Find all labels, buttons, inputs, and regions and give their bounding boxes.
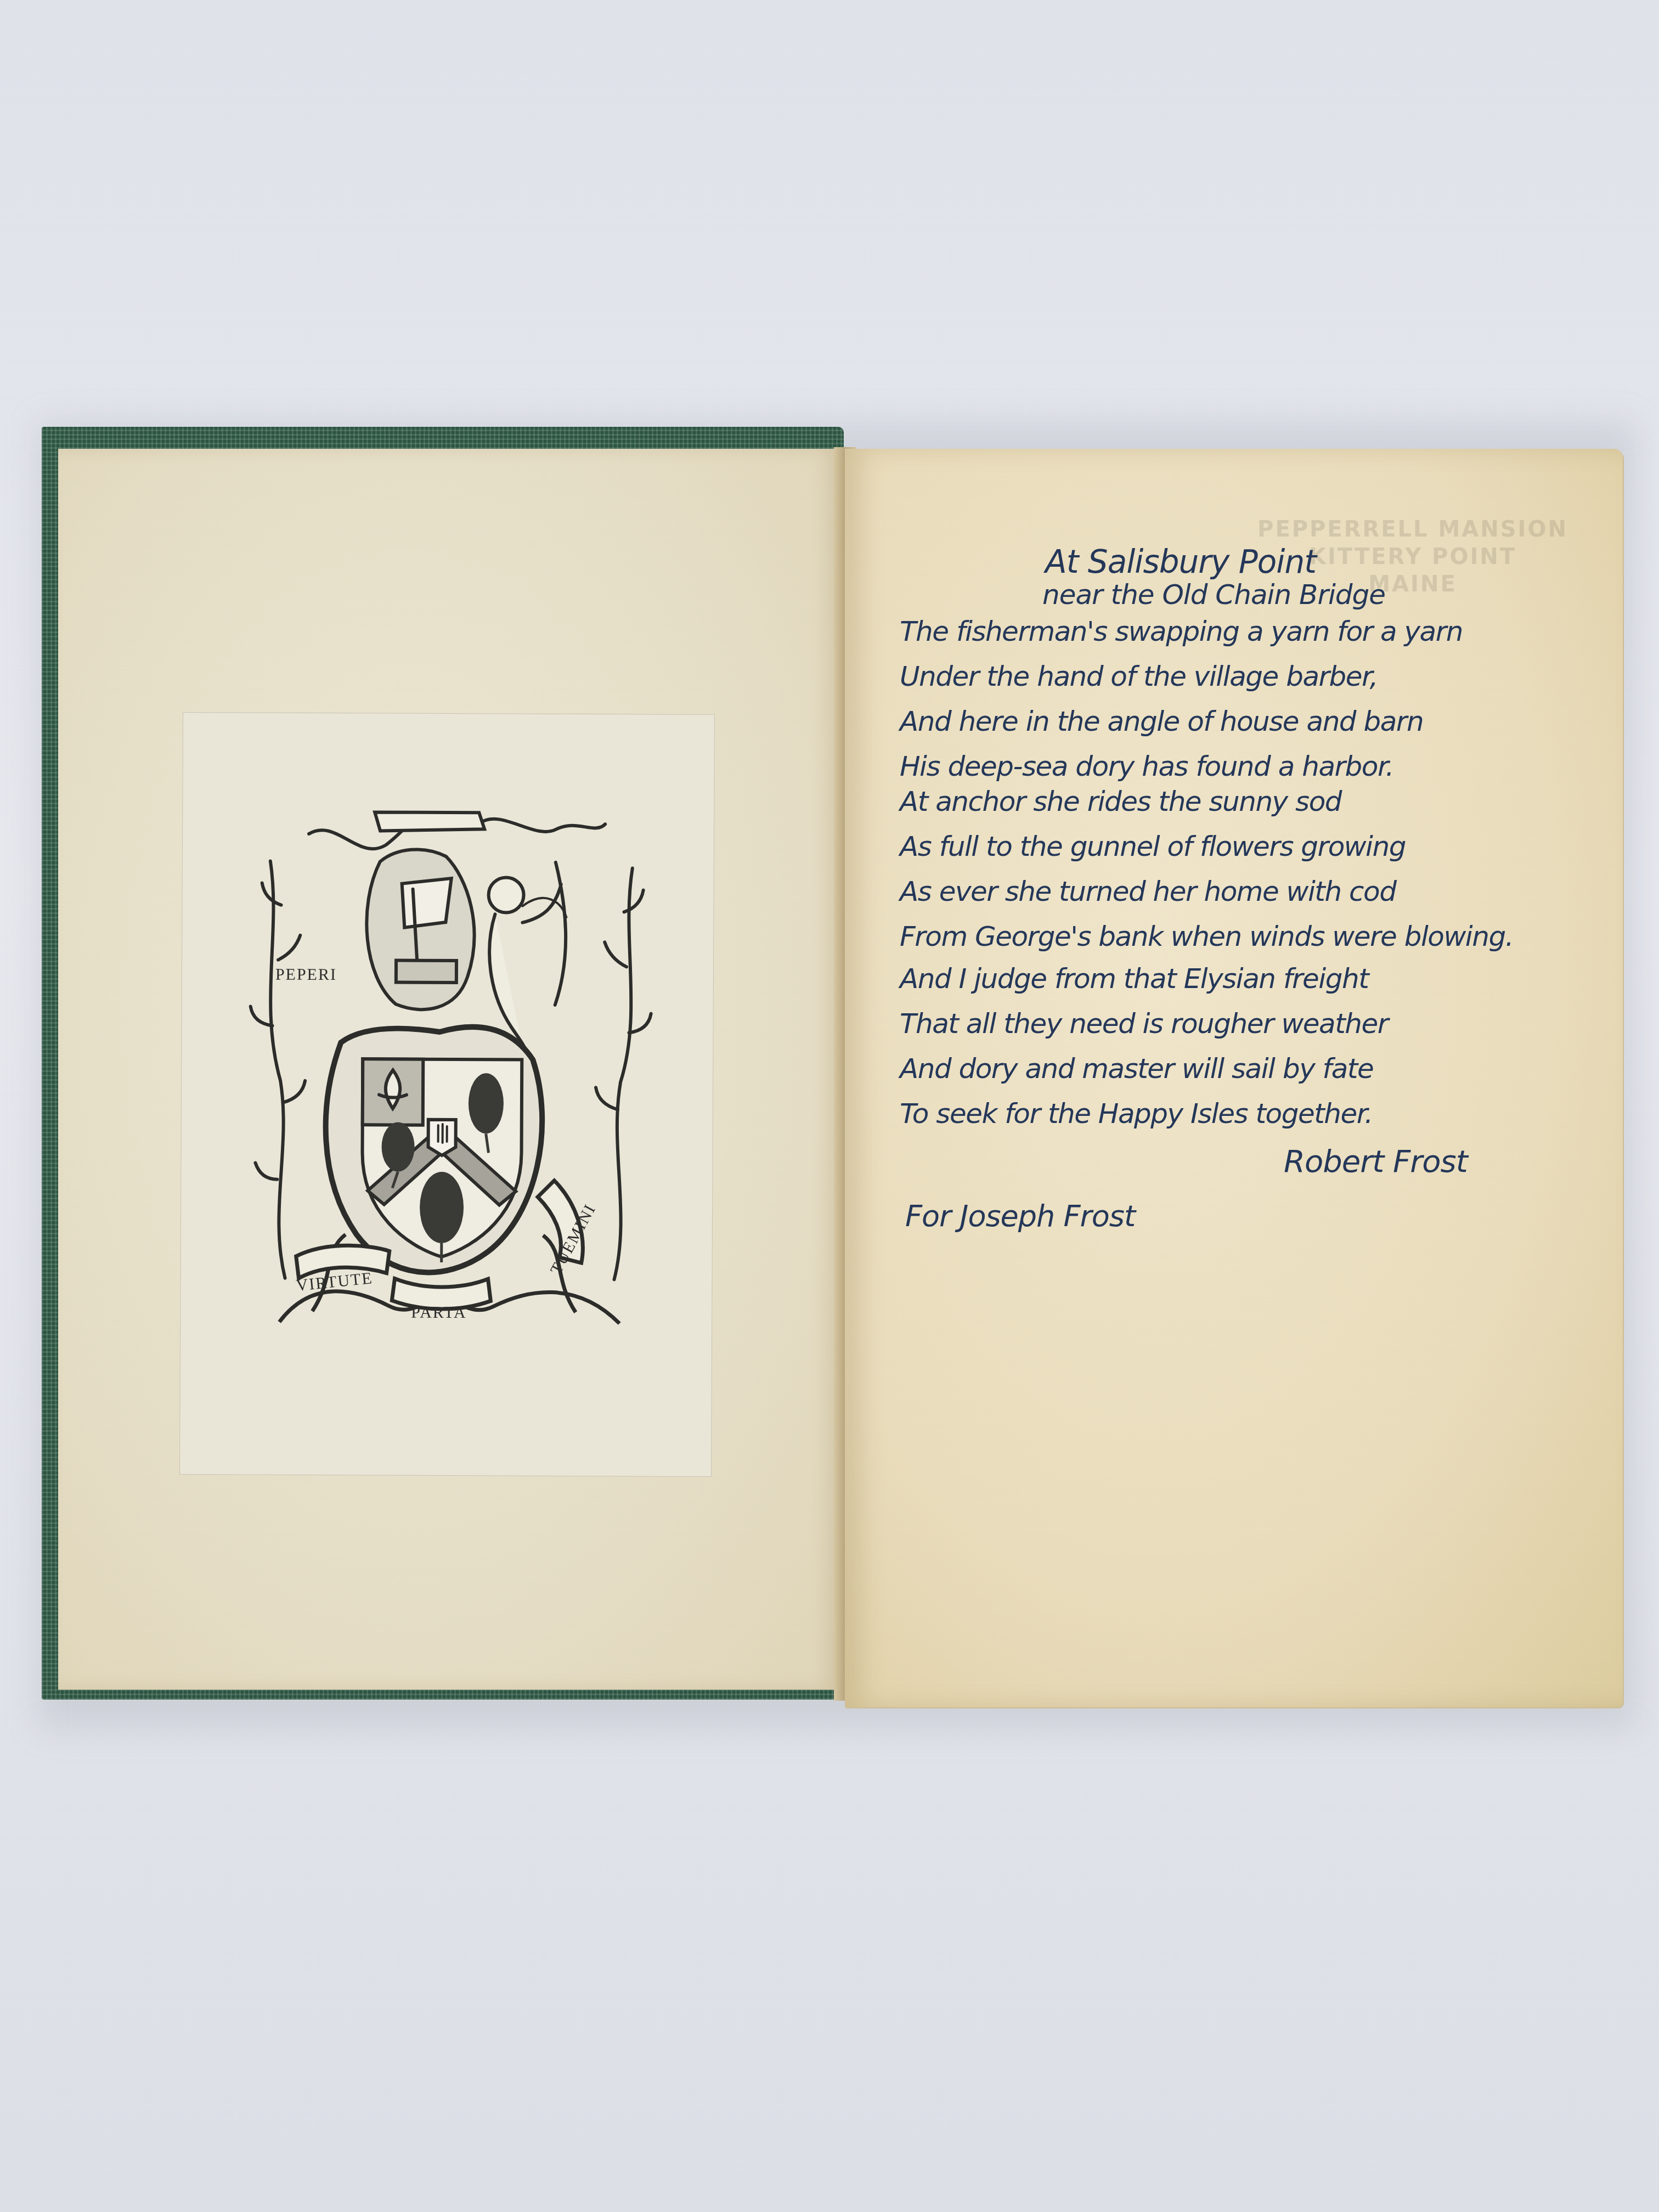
author-signature: Robert Frost <box>1284 1144 1468 1180</box>
poem-stanza-2: At anchor she rides the sunny sod As ful… <box>900 786 1513 966</box>
poem-line: At anchor she rides the sunny sod <box>900 786 1513 831</box>
bookplate: PEPERI VIRTUTE PARTA TUEMINI <box>179 712 715 1477</box>
poem-title-line-2: near the Old Chain Bridge <box>1042 579 1385 611</box>
poem-line: The fisherman's swapping a yarn for a ya… <box>900 616 1463 661</box>
poem-line: And dory and master will sail by fate <box>900 1053 1388 1098</box>
poem-line: And here in the angle of house and barn <box>900 706 1463 751</box>
poem-line: Under the hand of the village barber, <box>900 661 1463 706</box>
poem-line: From George's bank when winds were blowi… <box>900 921 1513 966</box>
poem-line: That all they need is rougher weather <box>900 1008 1388 1053</box>
bookplate-scroll-peperi: PEPERI <box>275 966 337 984</box>
inscription-dedication: For Joseph Frost <box>905 1199 1135 1233</box>
stamp-line-1: PEPPERRELL MANSION <box>1254 516 1572 543</box>
poem-line: As ever she turned her home with cod <box>900 876 1513 921</box>
poem-stanza-1: The fisherman's swapping a yarn for a ya… <box>900 616 1463 795</box>
armorial-bookplate-engraving-icon <box>246 795 654 1345</box>
poem-line: To seek for the Happy Isles together. <box>900 1098 1388 1143</box>
poem-title-line-1: At Salisbury Point <box>1045 543 1316 580</box>
poem-line: As full to the gunnel of flowers growing <box>900 831 1513 876</box>
poem-line: And I judge from that Elysian freight <box>900 963 1388 1008</box>
bookplate-motto-center: PARTA <box>411 1304 467 1322</box>
poem-stanza-3: And I judge from that Elysian freight Th… <box>900 963 1388 1143</box>
